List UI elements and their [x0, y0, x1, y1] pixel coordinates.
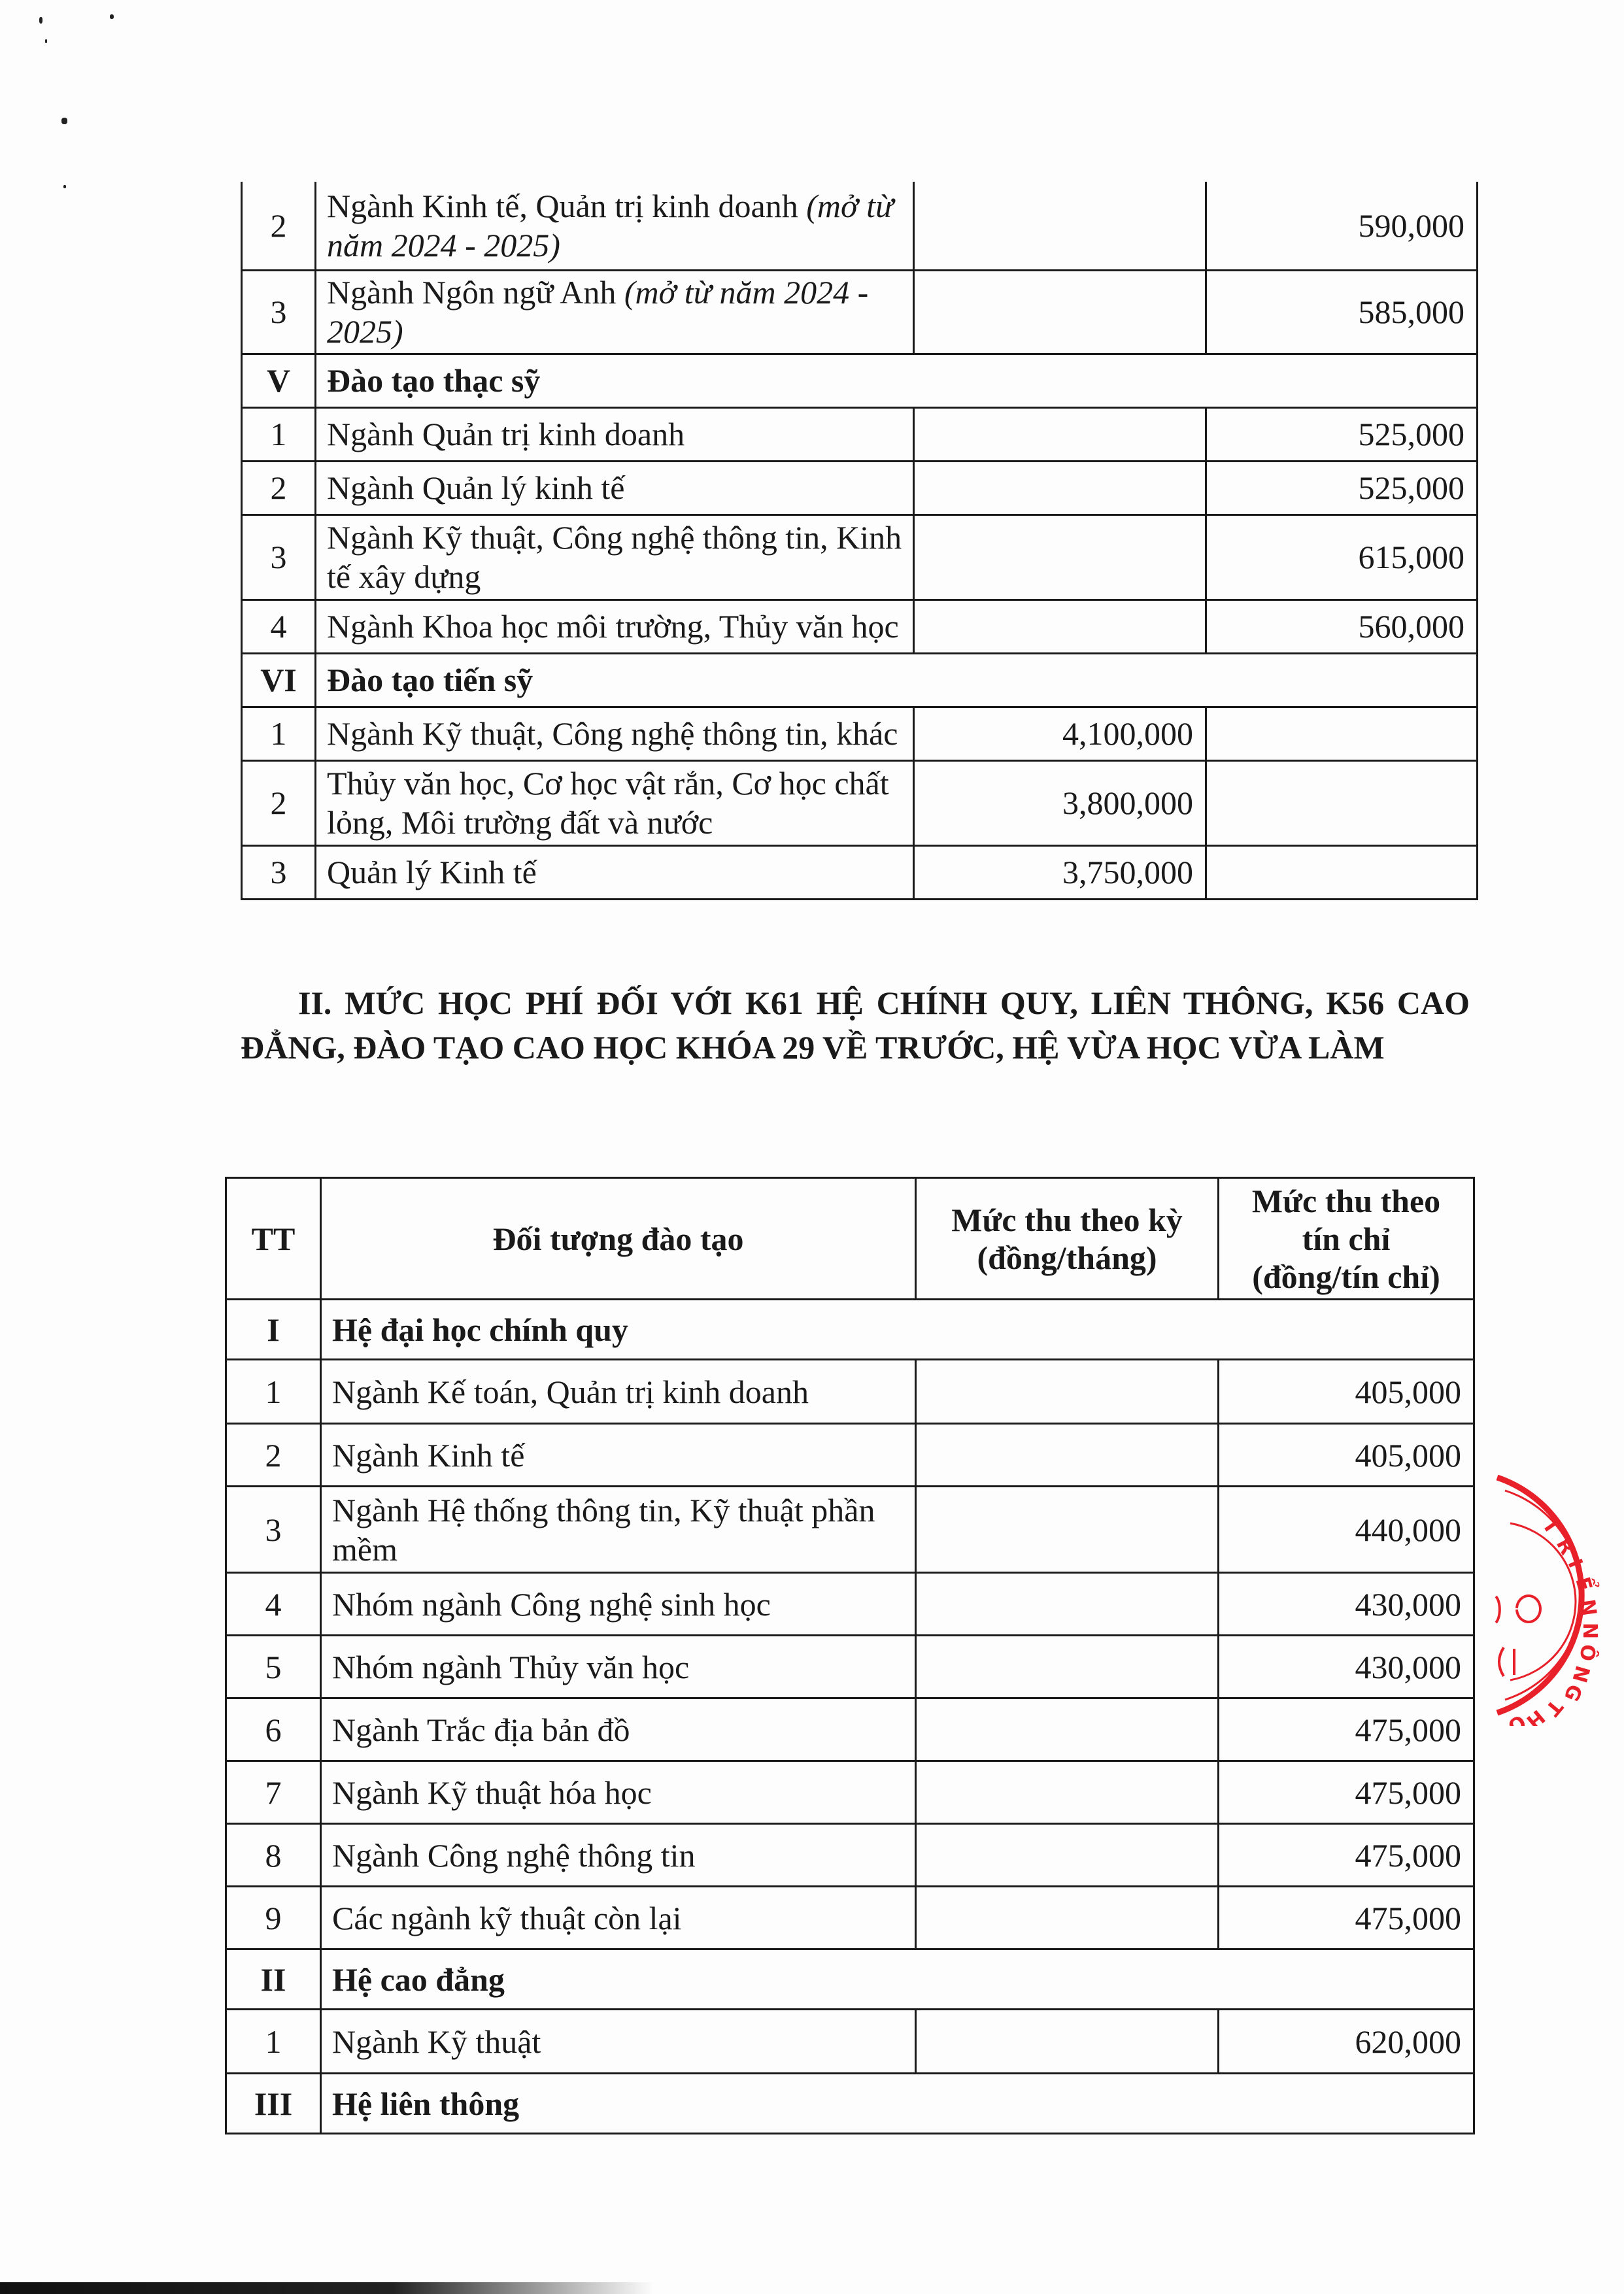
row-number: 8 — [226, 1824, 321, 1887]
fee-per-credit: 475,000 — [1219, 1761, 1474, 1824]
fee-per-term — [916, 1360, 1219, 1424]
table-row: 5Nhóm ngành Thủy văn học430,000 — [226, 1636, 1474, 1698]
program-name-text: Ngành Ngôn ngữ Anh — [327, 274, 624, 311]
program-name: Ngành Kinh tế, Quản trị kinh doanh (mở t… — [316, 182, 914, 270]
program-name-text: Ngành Kế toán, Quản trị kinh doanh — [332, 1374, 809, 1410]
table-group-row: IIHệ cao đẳng — [226, 1949, 1474, 2010]
scan-speck — [39, 17, 42, 24]
fee-per-term — [916, 2010, 1219, 2074]
fee-per-term — [916, 1573, 1219, 1636]
fee-per-credit — [1206, 845, 1478, 899]
program-name: Nhóm ngành Công nghệ sinh học — [321, 1573, 916, 1636]
table-row: 3Quản lý Kinh tế3,750,000 — [242, 845, 1478, 899]
fee-per-credit: 525,000 — [1206, 461, 1478, 514]
program-name: Ngành Khoa học môi trường, Thủy văn học — [316, 599, 914, 653]
fee-table-continued: 2Ngành Kinh tế, Quản trị kinh doanh (mở … — [241, 182, 1478, 900]
fee-per-term — [916, 1636, 1219, 1698]
program-name-text: Ngành Kỹ thuật, Công nghệ thông tin, Kin… — [327, 519, 902, 595]
fee-per-credit: 430,000 — [1219, 1636, 1474, 1698]
fee-table-section-ii: TT Đối tượng đào tạo Mức thu theo kỳ (đồ… — [225, 1177, 1475, 2134]
section-ii-heading: II. MỨC HỌC PHÍ ĐỐI VỚI K61 HỆ CHÍNH QUY… — [241, 981, 1470, 1070]
scan-speck — [61, 118, 67, 124]
program-name-text: Quản lý Kinh tế — [327, 854, 537, 890]
fee-per-credit: 585,000 — [1206, 270, 1478, 354]
fee-per-term — [916, 1761, 1219, 1824]
table-row: 4Nhóm ngành Công nghệ sinh học430,000 — [226, 1573, 1474, 1636]
scan-edge-shadow — [0, 2282, 654, 2294]
fee-per-credit: 590,000 — [1206, 182, 1478, 270]
fee-per-credit — [1206, 760, 1478, 845]
table-row: 6Ngành Trắc địa bản đồ475,000 — [226, 1698, 1474, 1761]
table-row: 2Ngành Kinh tế, Quản trị kinh doanh (mở … — [242, 182, 1478, 270]
program-name: Thủy văn học, Cơ học vật rắn, Cơ học chấ… — [316, 760, 914, 845]
fee-per-term — [916, 1424, 1219, 1487]
program-name-text: Ngành Quản lý kinh tế — [327, 469, 624, 506]
group-title: Hệ liên thông — [321, 2074, 1474, 2134]
program-name: Nhóm ngành Thủy văn học — [321, 1636, 916, 1698]
program-name: Ngành Kế toán, Quản trị kinh doanh — [321, 1360, 916, 1424]
fee-per-term — [916, 1487, 1219, 1573]
row-number: 3 — [242, 845, 316, 899]
group-title: Hệ cao đẳng — [321, 1949, 1474, 2010]
fee-per-term — [916, 1698, 1219, 1761]
table-row: 3Ngành Kỹ thuật, Công nghệ thông tin, Ki… — [242, 514, 1478, 599]
table-row: 2Ngành Quản lý kinh tế525,000 — [242, 461, 1478, 514]
program-name: Ngành Kinh tế — [321, 1424, 916, 1487]
table-row: 1Ngành Kỹ thuật620,000 — [226, 2010, 1474, 2074]
fee-per-term — [914, 407, 1206, 461]
fee-per-term: 3,750,000 — [914, 845, 1206, 899]
program-name: Ngành Công nghệ thông tin — [321, 1824, 916, 1887]
program-name: Quản lý Kinh tế — [316, 845, 914, 899]
fee-per-term — [914, 270, 1206, 354]
program-name: Ngành Kỹ thuật, Công nghệ thông tin, Kin… — [316, 514, 914, 599]
program-name: Ngành Hệ thống thông tin, Kỹ thuật phần … — [321, 1487, 916, 1573]
row-number: 1 — [226, 1360, 321, 1424]
fee-per-term — [914, 514, 1206, 599]
program-name-text: Ngành Hệ thống thông tin, Kỹ thuật phần … — [332, 1492, 875, 1568]
fee-per-credit: 475,000 — [1219, 1887, 1474, 1949]
row-number: 2 — [226, 1424, 321, 1487]
program-name-text: Ngành Kỹ thuật — [332, 2023, 541, 2060]
fee-per-credit — [1206, 707, 1478, 760]
program-name: Ngành Ngôn ngữ Anh (mở từ năm 2024 - 202… — [316, 270, 914, 354]
fee-per-term — [916, 1824, 1219, 1887]
fee-per-term — [914, 461, 1206, 514]
header-per-credit: Mức thu theo tín chỉ (đồng/tín chỉ) — [1219, 1178, 1474, 1300]
row-number: III — [226, 2074, 321, 2134]
table-row: 2Ngành Kinh tế405,000 — [226, 1424, 1474, 1487]
fee-per-credit: 430,000 — [1219, 1573, 1474, 1636]
header-per-term: Mức thu theo kỳ (đồng/tháng) — [916, 1178, 1219, 1300]
fee-per-credit: 620,000 — [1219, 2010, 1474, 2074]
row-number: 2 — [242, 760, 316, 845]
svg-text:N: N — [1576, 1598, 1600, 1617]
program-name: Ngành Kỹ thuật — [321, 2010, 916, 2074]
row-number: 6 — [226, 1698, 321, 1761]
table-row: 1Ngành Kỹ thuật, Công nghệ thông tin, kh… — [242, 707, 1478, 760]
program-name-text: Ngành Khoa học môi trường, Thủy văn học — [327, 608, 899, 645]
program-name: Các ngành kỹ thuật còn lại — [321, 1887, 916, 1949]
fee-per-term: 4,100,000 — [914, 707, 1206, 760]
fee-per-credit: 440,000 — [1219, 1487, 1474, 1573]
program-name-text: Nhóm ngành Công nghệ sinh học — [332, 1586, 771, 1623]
table-header-row: TT Đối tượng đào tạo Mức thu theo kỳ (đồ… — [226, 1178, 1474, 1300]
table-group-row: VIĐào tạo tiến sỹ — [242, 653, 1478, 707]
row-number: 1 — [226, 2010, 321, 2074]
row-number: I — [226, 1300, 321, 1360]
row-number: 4 — [242, 599, 316, 653]
header-tt: TT — [226, 1178, 321, 1300]
table-row: 8Ngành Công nghệ thông tin475,000 — [226, 1824, 1474, 1887]
fee-per-credit: 475,000 — [1219, 1824, 1474, 1887]
table-row: 3Ngành Ngôn ngữ Anh (mở từ năm 2024 - 20… — [242, 270, 1478, 354]
scan-speck — [45, 39, 47, 43]
program-name-text: Ngành Trắc địa bản đồ — [332, 1712, 630, 1748]
table-group-row: IIIHệ liên thông — [226, 2074, 1474, 2134]
row-number: 1 — [242, 707, 316, 760]
row-number: 5 — [226, 1636, 321, 1698]
group-title: Hệ đại học chính quy — [321, 1300, 1474, 1360]
svg-text:Ô: Ô — [1575, 1643, 1601, 1662]
fee-per-term — [916, 1887, 1219, 1949]
svg-text:N: N — [1578, 1623, 1601, 1639]
fee-per-credit: 475,000 — [1219, 1698, 1474, 1761]
fee-per-term: 3,800,000 — [914, 760, 1206, 845]
table-row: 3Ngành Hệ thống thông tin, Kỹ thuật phần… — [226, 1487, 1474, 1573]
table-row: 9Các ngành kỹ thuật còn lại475,000 — [226, 1887, 1474, 1949]
program-name-text: Ngành Kinh tế — [332, 1437, 524, 1474]
program-name-text: Ngành Công nghệ thông tin — [332, 1837, 696, 1874]
row-number: II — [226, 1949, 321, 2010]
fee-per-term — [914, 182, 1206, 270]
row-number: 4 — [226, 1573, 321, 1636]
svg-text:N: N — [1567, 1663, 1594, 1685]
program-name-text: Nhóm ngành Thủy văn học — [332, 1649, 689, 1685]
row-number: 9 — [226, 1887, 321, 1949]
row-number: VI — [242, 653, 316, 707]
program-name: Ngành Trắc địa bản đồ — [321, 1698, 916, 1761]
program-name-text: Ngành Kinh tế, Quản trị kinh doanh — [327, 188, 806, 224]
group-title: Đào tạo thạc sỹ — [316, 354, 1478, 407]
fee-per-credit: 525,000 — [1206, 407, 1478, 461]
fee-per-credit: 560,000 — [1206, 599, 1478, 653]
table-row: 1Ngành Kế toán, Quản trị kinh doanh405,0… — [226, 1360, 1474, 1424]
fee-per-term — [914, 599, 1206, 653]
program-name: Ngành Kỹ thuật hóa học — [321, 1761, 916, 1824]
program-name-text: Ngành Kỹ thuật hóa học — [332, 1774, 652, 1811]
svg-text:Ể: Ể — [1570, 1574, 1600, 1594]
program-name-text: Ngành Quản trị kinh doanh — [327, 416, 685, 452]
table-row: 4Ngành Khoa học môi trường, Thủy văn học… — [242, 599, 1478, 653]
program-name-text: Ngành Kỹ thuật, Công nghệ thông tin, khá… — [327, 715, 898, 752]
row-number: 3 — [242, 270, 316, 354]
header-subject: Đối tượng đào tạo — [321, 1178, 916, 1300]
table-group-row: IHệ đại học chính quy — [226, 1300, 1474, 1360]
row-number: 3 — [226, 1487, 321, 1573]
program-name: Ngành Kỹ thuật, Công nghệ thông tin, khá… — [316, 707, 914, 760]
svg-text:G: G — [1559, 1681, 1587, 1705]
scan-speck — [110, 14, 114, 19]
program-name-text: Các ngành kỹ thuật còn lại — [332, 1900, 682, 1936]
table-group-row: VĐào tạo thạc sỹ — [242, 354, 1478, 407]
fee-per-credit: 405,000 — [1219, 1424, 1474, 1487]
table-row: 1Ngành Quản trị kinh doanh525,000 — [242, 407, 1478, 461]
row-number: 1 — [242, 407, 316, 461]
program-name-text: Thủy văn học, Cơ học vật rắn, Cơ học chấ… — [327, 765, 889, 841]
program-name: Ngành Quản trị kinh doanh — [316, 407, 914, 461]
group-title: Đào tạo tiến sỹ — [316, 653, 1478, 707]
official-seal-stamp: T R I Ể N N Ô N G T H Ô — [1464, 1451, 1621, 1726]
program-name: Ngành Quản lý kinh tế — [316, 461, 914, 514]
row-number: 2 — [242, 182, 316, 270]
row-number: 2 — [242, 461, 316, 514]
table-row: 2Thủy văn học, Cơ học vật rắn, Cơ học ch… — [242, 760, 1478, 845]
scan-speck — [63, 185, 66, 188]
row-number: 7 — [226, 1761, 321, 1824]
row-number: 3 — [242, 514, 316, 599]
fee-per-credit: 405,000 — [1219, 1360, 1474, 1424]
row-number: V — [242, 354, 316, 407]
table-row: 7Ngành Kỹ thuật hóa học475,000 — [226, 1761, 1474, 1824]
fee-per-credit: 615,000 — [1206, 514, 1478, 599]
